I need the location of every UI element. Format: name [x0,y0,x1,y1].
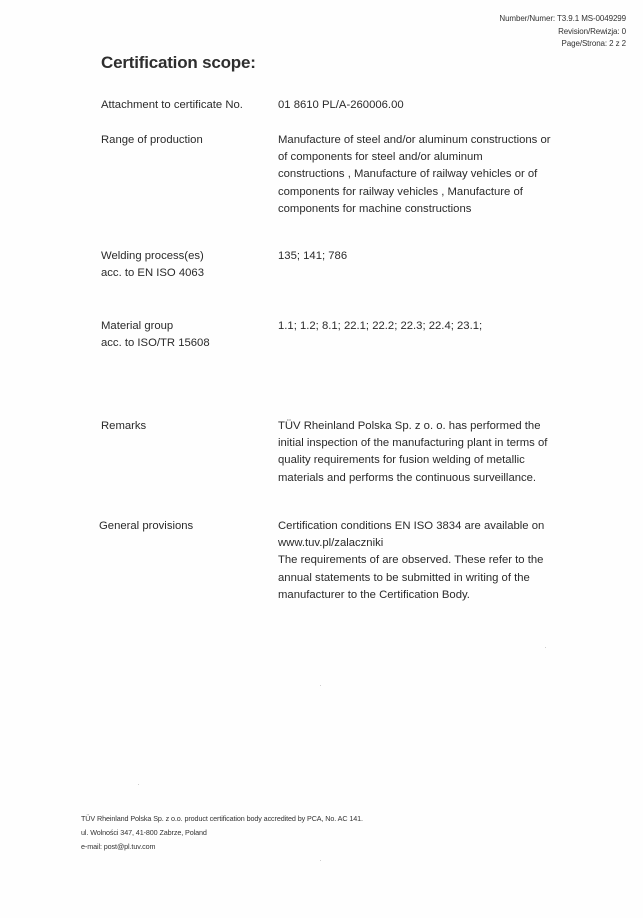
footer-accreditation: TÜV Rheinland Polska Sp. z o.o. product … [81,812,363,826]
scope-label: Material group acc. to ISO/TR 15608 [101,318,271,352]
scan-speck [320,860,321,861]
scope-value: 135; 141; 786 [278,248,578,265]
document-footer: TÜV Rheinland Polska Sp. z o.o. product … [81,812,363,855]
footer-email: e-mail: post@pl.tuv.com [81,840,363,854]
document-page-number: Page/Strona: 2 z 2 [499,38,626,51]
scope-value: 01 8610 PL/A-260006.00 [278,97,578,114]
document-revision: Revision/Rewizja: 0 [499,26,626,39]
scope-label: Remarks [101,418,271,435]
scan-speck [320,685,321,686]
document-number: Number/Numer: T3.9.1 MS-0049299 [499,13,626,26]
page-title: Certification scope: [101,53,256,73]
scope-label: Attachment to certificate No. [101,97,271,114]
scope-label: Range of production [101,132,271,149]
document-header-meta: Number/Numer: T3.9.1 MS-0049299 Revision… [499,13,626,51]
scope-value: 1.1; 1.2; 8.1; 22.1; 22.2; 22.3; 22.4; 2… [278,318,578,335]
scope-value: TÜV Rheinland Polska Sp. z o. o. has per… [278,418,578,487]
footer-address: ul. Wolności 347, 41-800 Zabrze, Poland [81,826,363,840]
scope-value: Manufacture of steel and/or aluminum con… [278,132,578,218]
scope-label: General provisions [99,518,269,535]
scope-value: Certification conditions EN ISO 3834 are… [278,518,578,604]
scan-speck [545,647,546,648]
scope-label: Welding process(es) acc. to EN ISO 4063 [101,248,271,282]
document-page: Number/Numer: T3.9.1 MS-0049299 Revision… [0,0,643,918]
scan-speck [138,784,139,785]
